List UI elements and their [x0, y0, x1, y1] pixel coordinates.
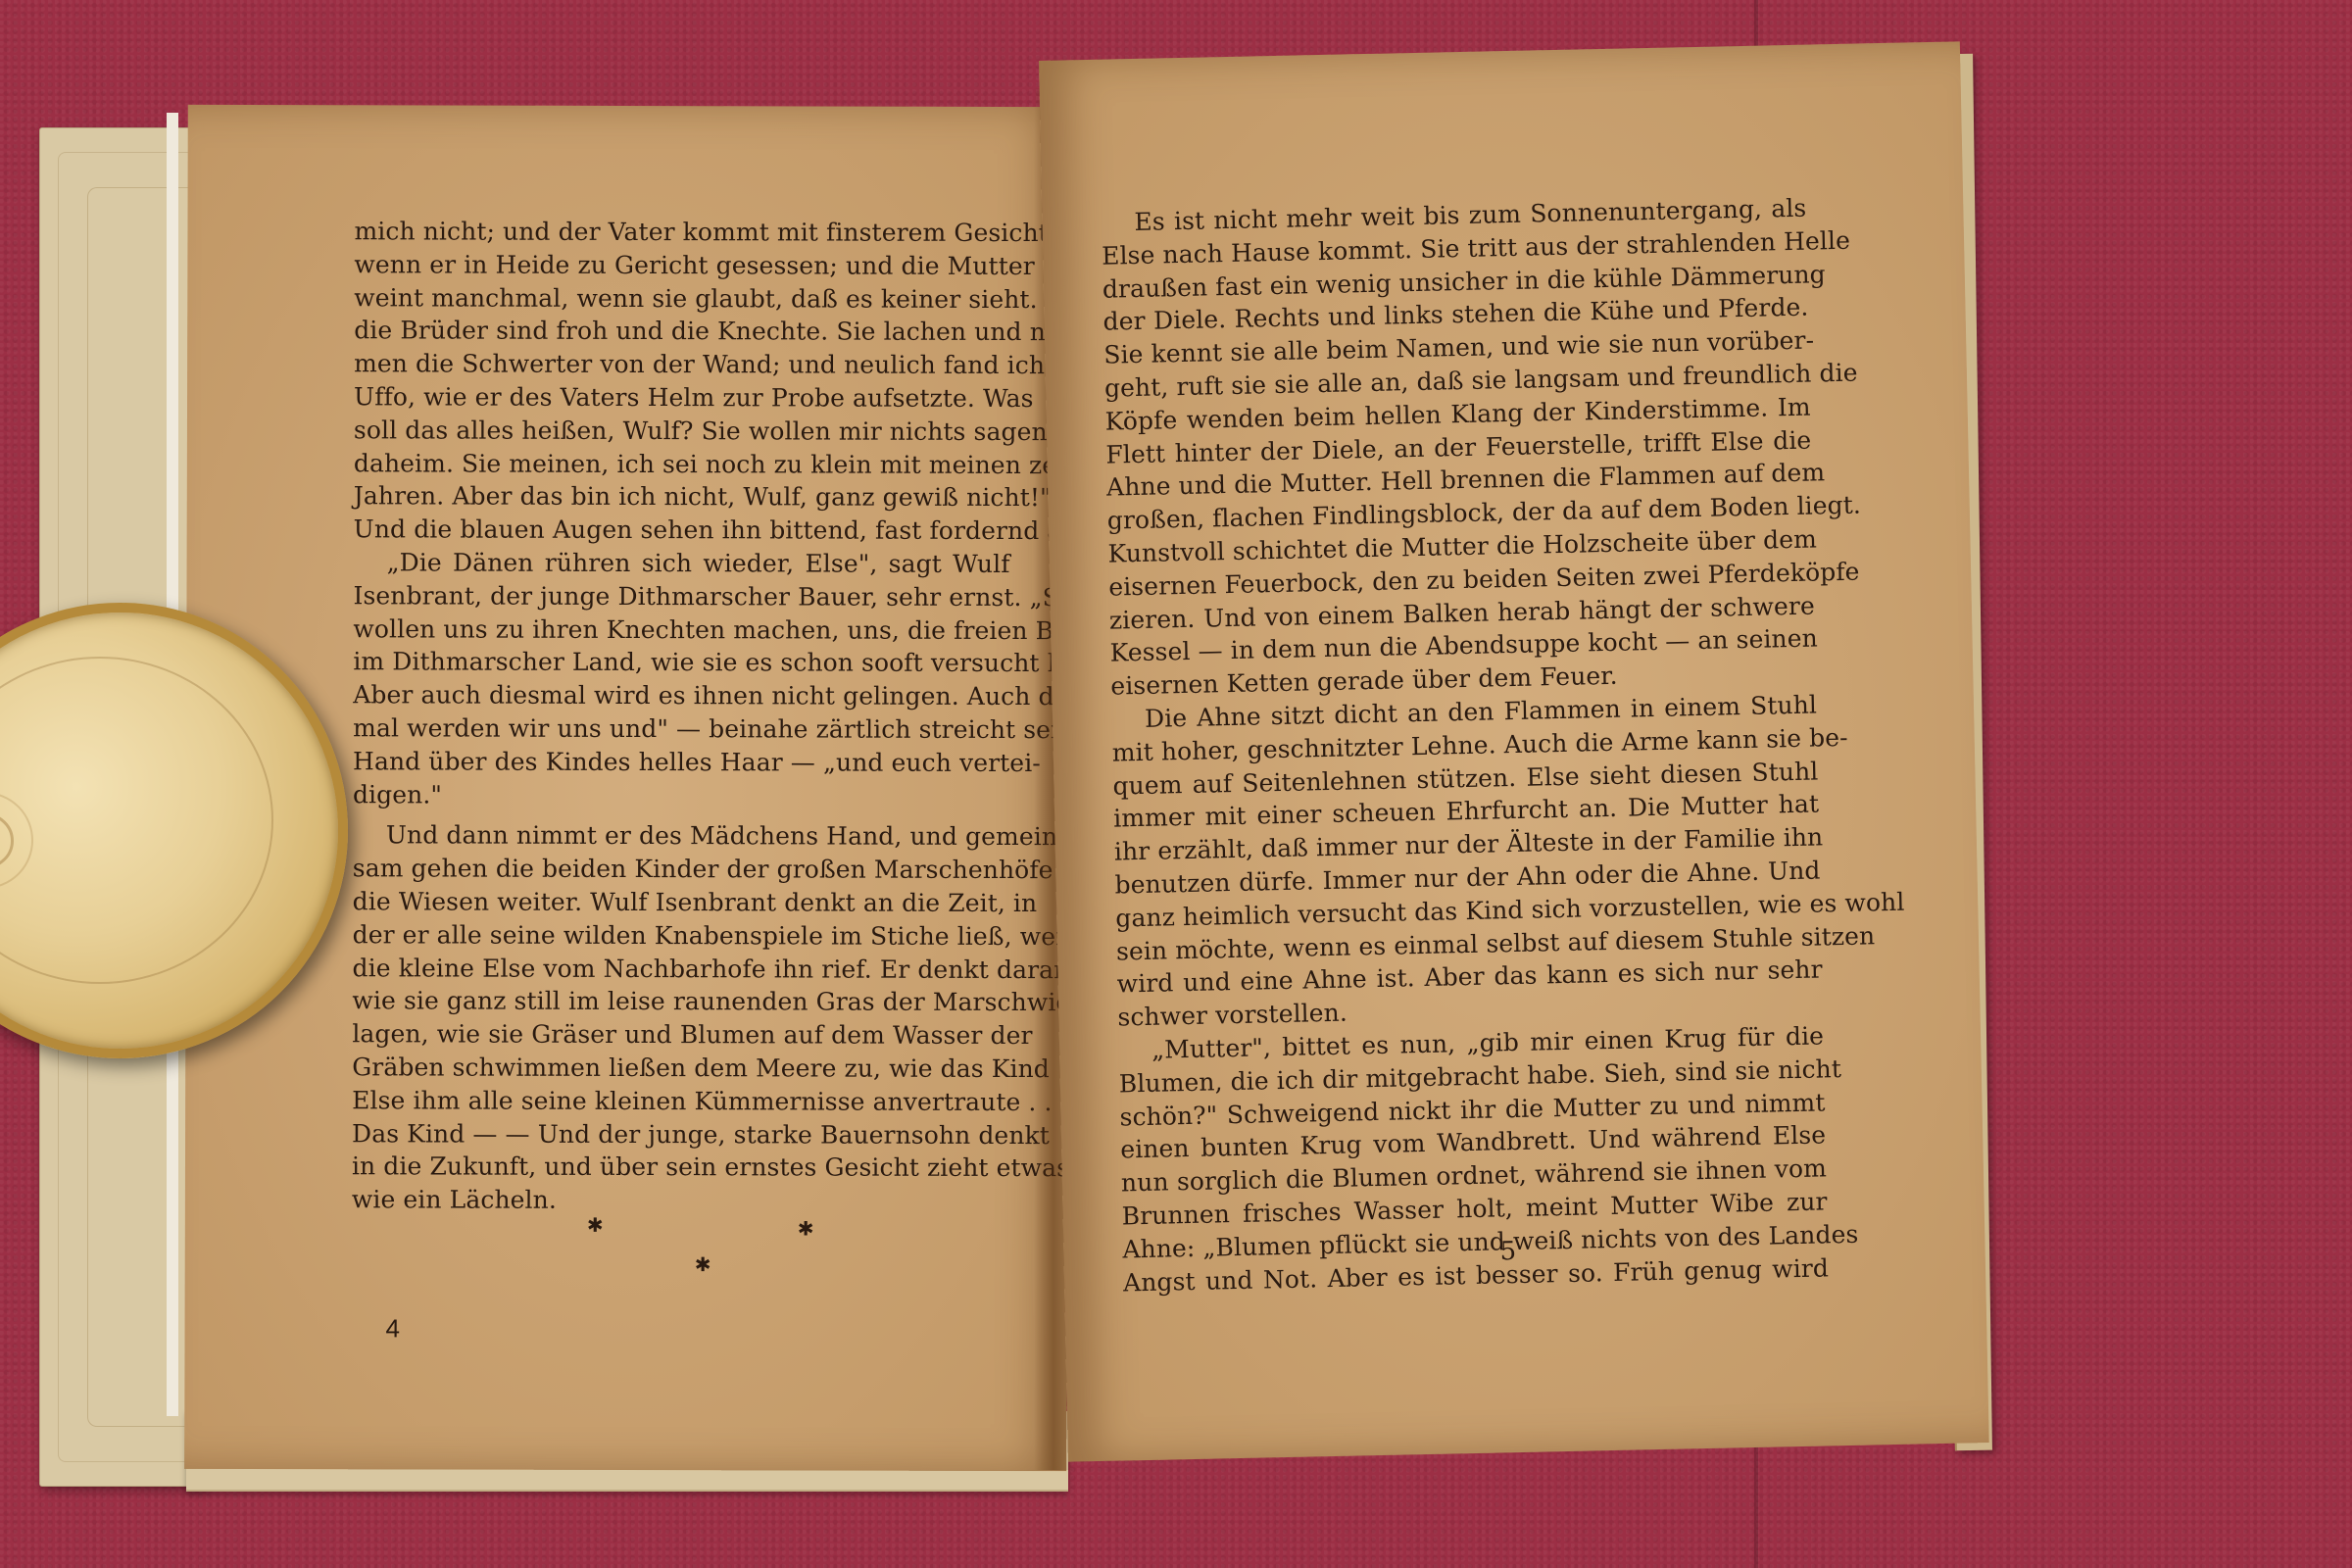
text-line: mich nicht; und der Vater kommt mit fins…	[354, 215, 1010, 250]
text-line: mal werden wir uns und" — beinahe zärtli…	[353, 711, 1009, 747]
text-line: digen."	[353, 778, 1009, 813]
page-number: 4	[386, 1313, 401, 1344]
text-line: Und die blauen Augen sehen ihn bittend, …	[354, 513, 1010, 548]
asterisk-icon: ✱	[587, 1213, 604, 1237]
text-line: weint manchmal, wenn sie glaubt, daß es …	[354, 281, 1010, 317]
text-line: Aber auch diesmal wird es ihnen nicht ge…	[353, 678, 1009, 713]
text-line: Uffo, wie er des Vaters Helm zur Probe a…	[354, 380, 1010, 416]
text-line: Else ihm alle seine kleinen Kümmernisse …	[352, 1084, 1008, 1119]
text-line: im Dithmarscher Land, wie sie es schon s…	[353, 646, 1009, 681]
text-line: wie sie ganz still im leise raunenden Gr…	[352, 985, 1008, 1020]
weight-engraved-ring	[0, 657, 273, 984]
text-line: lagen, wie sie Gräser und Blumen auf dem…	[352, 1017, 1008, 1053]
text-line: Und dann nimmt er des Mädchens Hand, und…	[353, 819, 1009, 855]
left-page-text: mich nicht; und der Vater kommt mit fins…	[352, 215, 1011, 1218]
text-line: die Wiesen weiter. Wulf Isenbrant denkt …	[353, 885, 1009, 920]
text-line: die Brüder sind froh und die Knechte. Si…	[354, 315, 1010, 350]
text-line: Jahren. Aber das bin ich nicht, Wulf, ga…	[354, 480, 1010, 515]
text-line: sam gehen die beiden Kinder der großen M…	[353, 852, 1009, 887]
asterisk-icon: ✱	[798, 1216, 814, 1240]
text-line: die kleine Else vom Nachbarhofe ihn rief…	[352, 952, 1008, 987]
text-line: wollen uns zu ihren Knechten machen, uns…	[353, 612, 1009, 648]
text-line: wenn er in Heide zu Gericht gesessen; un…	[354, 248, 1010, 283]
text-line: in die Zukunft, und über sein ernstes Ge…	[352, 1151, 1008, 1186]
text-line: daheim. Sie meinen, ich sei noch zu klei…	[354, 447, 1010, 482]
text-line: „Die Dänen rühren sich wieder, Else", sa…	[354, 546, 1010, 581]
text-line: wie ein Lächeln.	[352, 1183, 1008, 1218]
text-line: Gräben schwimmen ließen dem Meere zu, wi…	[352, 1051, 1008, 1086]
text-line: Das Kind — — Und der junge, starke Bauer…	[352, 1117, 1008, 1152]
page-number: 5	[1499, 1237, 1516, 1266]
text-line: soll das alles heißen, Wulf? Sie wollen …	[354, 414, 1010, 449]
right-page-text: Es ist nicht mehr weit bis zum Sonnenunt…	[1101, 192, 1829, 1299]
text-line: der er alle seine wilden Knabenspiele im…	[353, 918, 1009, 954]
asterisk-icon: ✱	[695, 1252, 711, 1276]
text-line: Isenbrant, der junge Dithmarscher Bauer,…	[353, 579, 1009, 614]
text-line: Hand über des Kindes helles Haar — „und …	[353, 745, 1009, 780]
right-page: Es ist nicht mehr weit bis zum Sonnenunt…	[1039, 41, 1989, 1461]
text-line: men die Schwerter von der Wand; und neul…	[354, 347, 1010, 382]
